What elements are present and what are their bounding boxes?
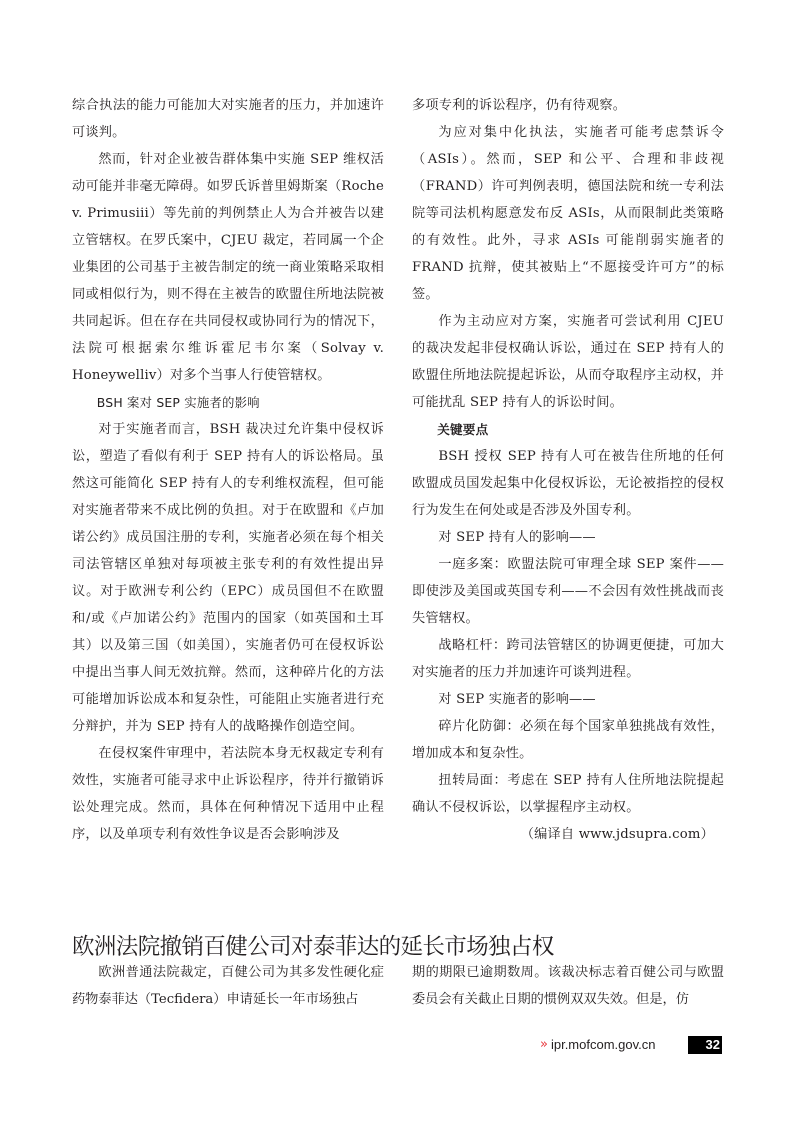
- article-right-column: 多项专利的诉讼程序，仍有待观察。 为应对集中化执法，实施者可能考虑禁诉令（ASI…: [412, 92, 724, 848]
- paragraph: 对于实施者而言，BSH 裁决过允许集中侵权诉讼，塑造了看似有利于 SEP 持有人…: [72, 416, 384, 740]
- paragraph: 对 SEP 持有人的影响——: [412, 524, 724, 551]
- paragraph: 战略杠杆：跨司法管辖区的协调更便捷，可加大对实施者的压力并加速许可谈判进程。: [412, 632, 724, 686]
- article2-left-column: 欧洲普通法院裁定，百健公司为其多发性硬化症药物泰菲达（Tecfidera）申请延…: [72, 959, 384, 1013]
- paragraph: 碎片化防御：必须在每个国家单独挑战有效性，增加成本和复杂性。: [412, 713, 724, 767]
- page-footer: » ipr.mofcom.gov.cn: [540, 1034, 656, 1054]
- paragraph: BSH 授权 SEP 持有人可在被告住所地的任何欧盟成员国发起集中化侵权诉讼，无…: [412, 443, 724, 524]
- paragraph: 综合执法的能力可能加大对实施者的压力，并加速许可谈判。: [72, 92, 384, 146]
- article-left-column: 综合执法的能力可能加大对实施者的压力，并加速许可谈判。 然而，针对企业被告群体集…: [72, 92, 384, 848]
- footer-url: ipr.mofcom.gov.cn: [551, 1037, 656, 1052]
- paragraph: 欧洲普通法院裁定，百健公司为其多发性硬化症药物泰菲达（Tecfidera）申请延…: [72, 959, 384, 1013]
- paragraph: 在侵权案件审理中，若法院本身无权裁定专利有效性，实施者可能寻求中止诉讼程序，待并…: [72, 740, 384, 848]
- paragraph: 为应对集中化执法，实施者可能考虑禁诉令（ASIs）。然而，SEP 和公平、合理和…: [412, 119, 724, 308]
- key-points-heading: 关键要点: [412, 416, 724, 443]
- page-number: 32: [688, 1036, 722, 1054]
- paragraph: 一庭多案：欧盟法院可审理全球 SEP 案件——即使涉及美国或英国专利——不会因有…: [412, 551, 724, 632]
- section-subheading: BSH 案对 SEP 实施者的影响: [72, 389, 384, 416]
- double-chevron-icon: »: [540, 1037, 545, 1052]
- paragraph: 扭转局面：考虑在 SEP 持有人住所地法院提起确认不侵权诉讼，以掌握程序主动权。: [412, 767, 724, 821]
- paragraph: 多项专利的诉讼程序，仍有待观察。: [412, 92, 724, 119]
- paragraph: 然而，针对企业被告群体集中实施 SEP 维权活动可能并非毫无障碍。如罗氏诉普里姆…: [72, 146, 384, 389]
- paragraph: 作为主动应对方案，实施者可尝试利用 CJEU 的裁决发起非侵权确认诉讼，通过在 …: [412, 308, 724, 416]
- source-attribution: （编译自 www.jdsupra.com）: [412, 821, 724, 848]
- article-headline: 欧洲法院撤销百健公司对泰菲达的延长市场独占权: [72, 929, 554, 961]
- paragraph: 期的期限已逾期数周。该裁决标志着百健公司与欧盟委员会有关截止日期的惯例双双失效。…: [412, 959, 724, 1013]
- article2-right-column: 期的期限已逾期数周。该裁决标志着百健公司与欧盟委员会有关截止日期的惯例双双失效。…: [412, 959, 724, 1013]
- paragraph: 对 SEP 实施者的影响——: [412, 686, 724, 713]
